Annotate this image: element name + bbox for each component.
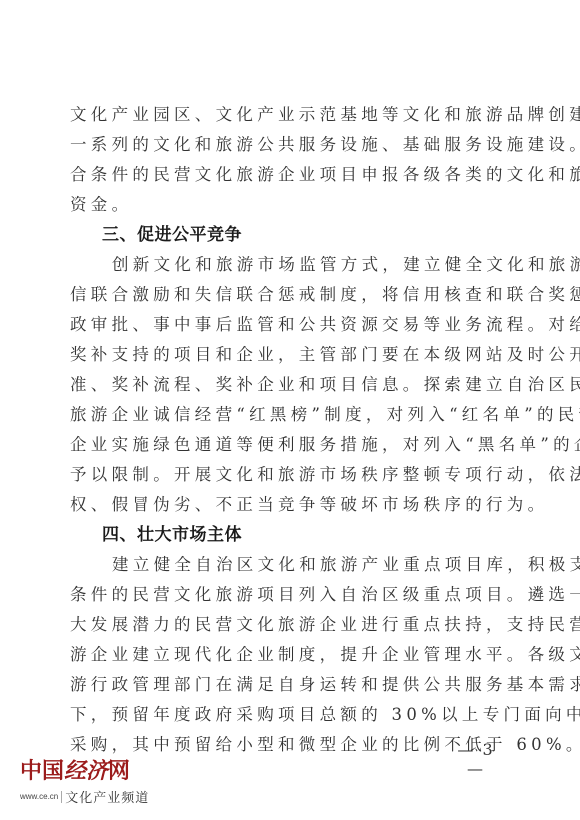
ce-cn-logo-watermark: 中国经济网 www.ce.cn 文化产业频道 — [20, 759, 149, 806]
document-page: 文化产业园区、文化产业示范基地等文化和旅游品牌创建，以及一系列的文化和旅游公共服… — [0, 0, 580, 820]
logo-text-net: 网 — [108, 759, 130, 784]
logo-divider — [61, 791, 62, 803]
paragraph-line: 企业实施绿色通道等便利服务措施，对列入“黑名单”的企业依法 — [70, 430, 515, 460]
logo-text-china: 中国 — [20, 759, 64, 784]
paragraph-line: 创新文化和旅游市场监管方式，建立健全文化和旅游市场守 — [70, 250, 515, 280]
paragraph-line: 大发展潜力的民营文化旅游企业进行重点扶持，支持民营文化旅 — [70, 610, 515, 640]
section-heading: 三、促进公平竞争 — [70, 220, 515, 250]
section-heading: 四、壮大市场主体 — [70, 520, 515, 550]
paragraph-line: 资金。 — [70, 190, 515, 220]
paragraph-line: 游行政管理部门在满足自身运转和提供公共服务基本需求的前提 — [70, 670, 515, 700]
logo-url: www.ce.cn — [20, 792, 58, 801]
logo-wordmark: 中国经济网 — [20, 759, 149, 784]
document-body: 文化产业园区、文化产业示范基地等文化和旅游品牌创建，以及一系列的文化和旅游公共服… — [70, 100, 515, 760]
paragraph-line: 权、假冒伪劣、不正当竞争等破坏市场秩序的行为。 — [70, 490, 515, 520]
page-number: — 3 — — [446, 740, 506, 778]
logo-channel-name: 文化产业频道 — [65, 787, 149, 806]
paragraph-line: 予以限制。开展文化和旅游市场秩序整顿专项行动，依法打击侵 — [70, 460, 515, 490]
paragraph-line: 游企业建立现代化企业制度，提升企业管理水平。各级文化和旅 — [70, 640, 515, 670]
paragraph-line: 下，预留年度政府采购项目总额的 30%以上专门面向中小微企业 — [70, 700, 515, 730]
paragraph-line: 信联合激励和失信联合惩戒制度，将信用核查和联合奖惩嵌入行 — [70, 280, 515, 310]
paragraph-line: 奖补支持的项目和企业，主管部门要在本级网站及时公开奖补标 — [70, 340, 515, 370]
paragraph-line: 政审批、事中事后监管和公共资源交易等业务流程。对给予财政 — [70, 310, 515, 340]
paragraph-line: 旅游企业诚信经营“红黑榜”制度，对列入“红名单”的民营文化旅游 — [70, 400, 515, 430]
paragraph-line: 准、奖补流程、奖补企业和项目信息。探索建立自治区民营文化 — [70, 370, 515, 400]
logo-subline: www.ce.cn 文化产业频道 — [20, 787, 149, 806]
paragraph-line: 建立健全自治区文化和旅游产业重点项目库，积极支持符合 — [70, 550, 515, 580]
paragraph-line: 合条件的民营文化旅游企业项目申报各级各类的文化和旅游发展 — [70, 160, 515, 190]
logo-text-economy: 经济 — [64, 758, 108, 784]
paragraph-line: 条件的民营文化旅游项目列入自治区级重点项目。遴选一批有较 — [70, 580, 515, 610]
paragraph-line: 一系列的文化和旅游公共服务设施、基础服务设施建设。支持符 — [70, 130, 515, 160]
paragraph-line: 文化产业园区、文化产业示范基地等文化和旅游品牌创建，以及 — [70, 100, 515, 130]
